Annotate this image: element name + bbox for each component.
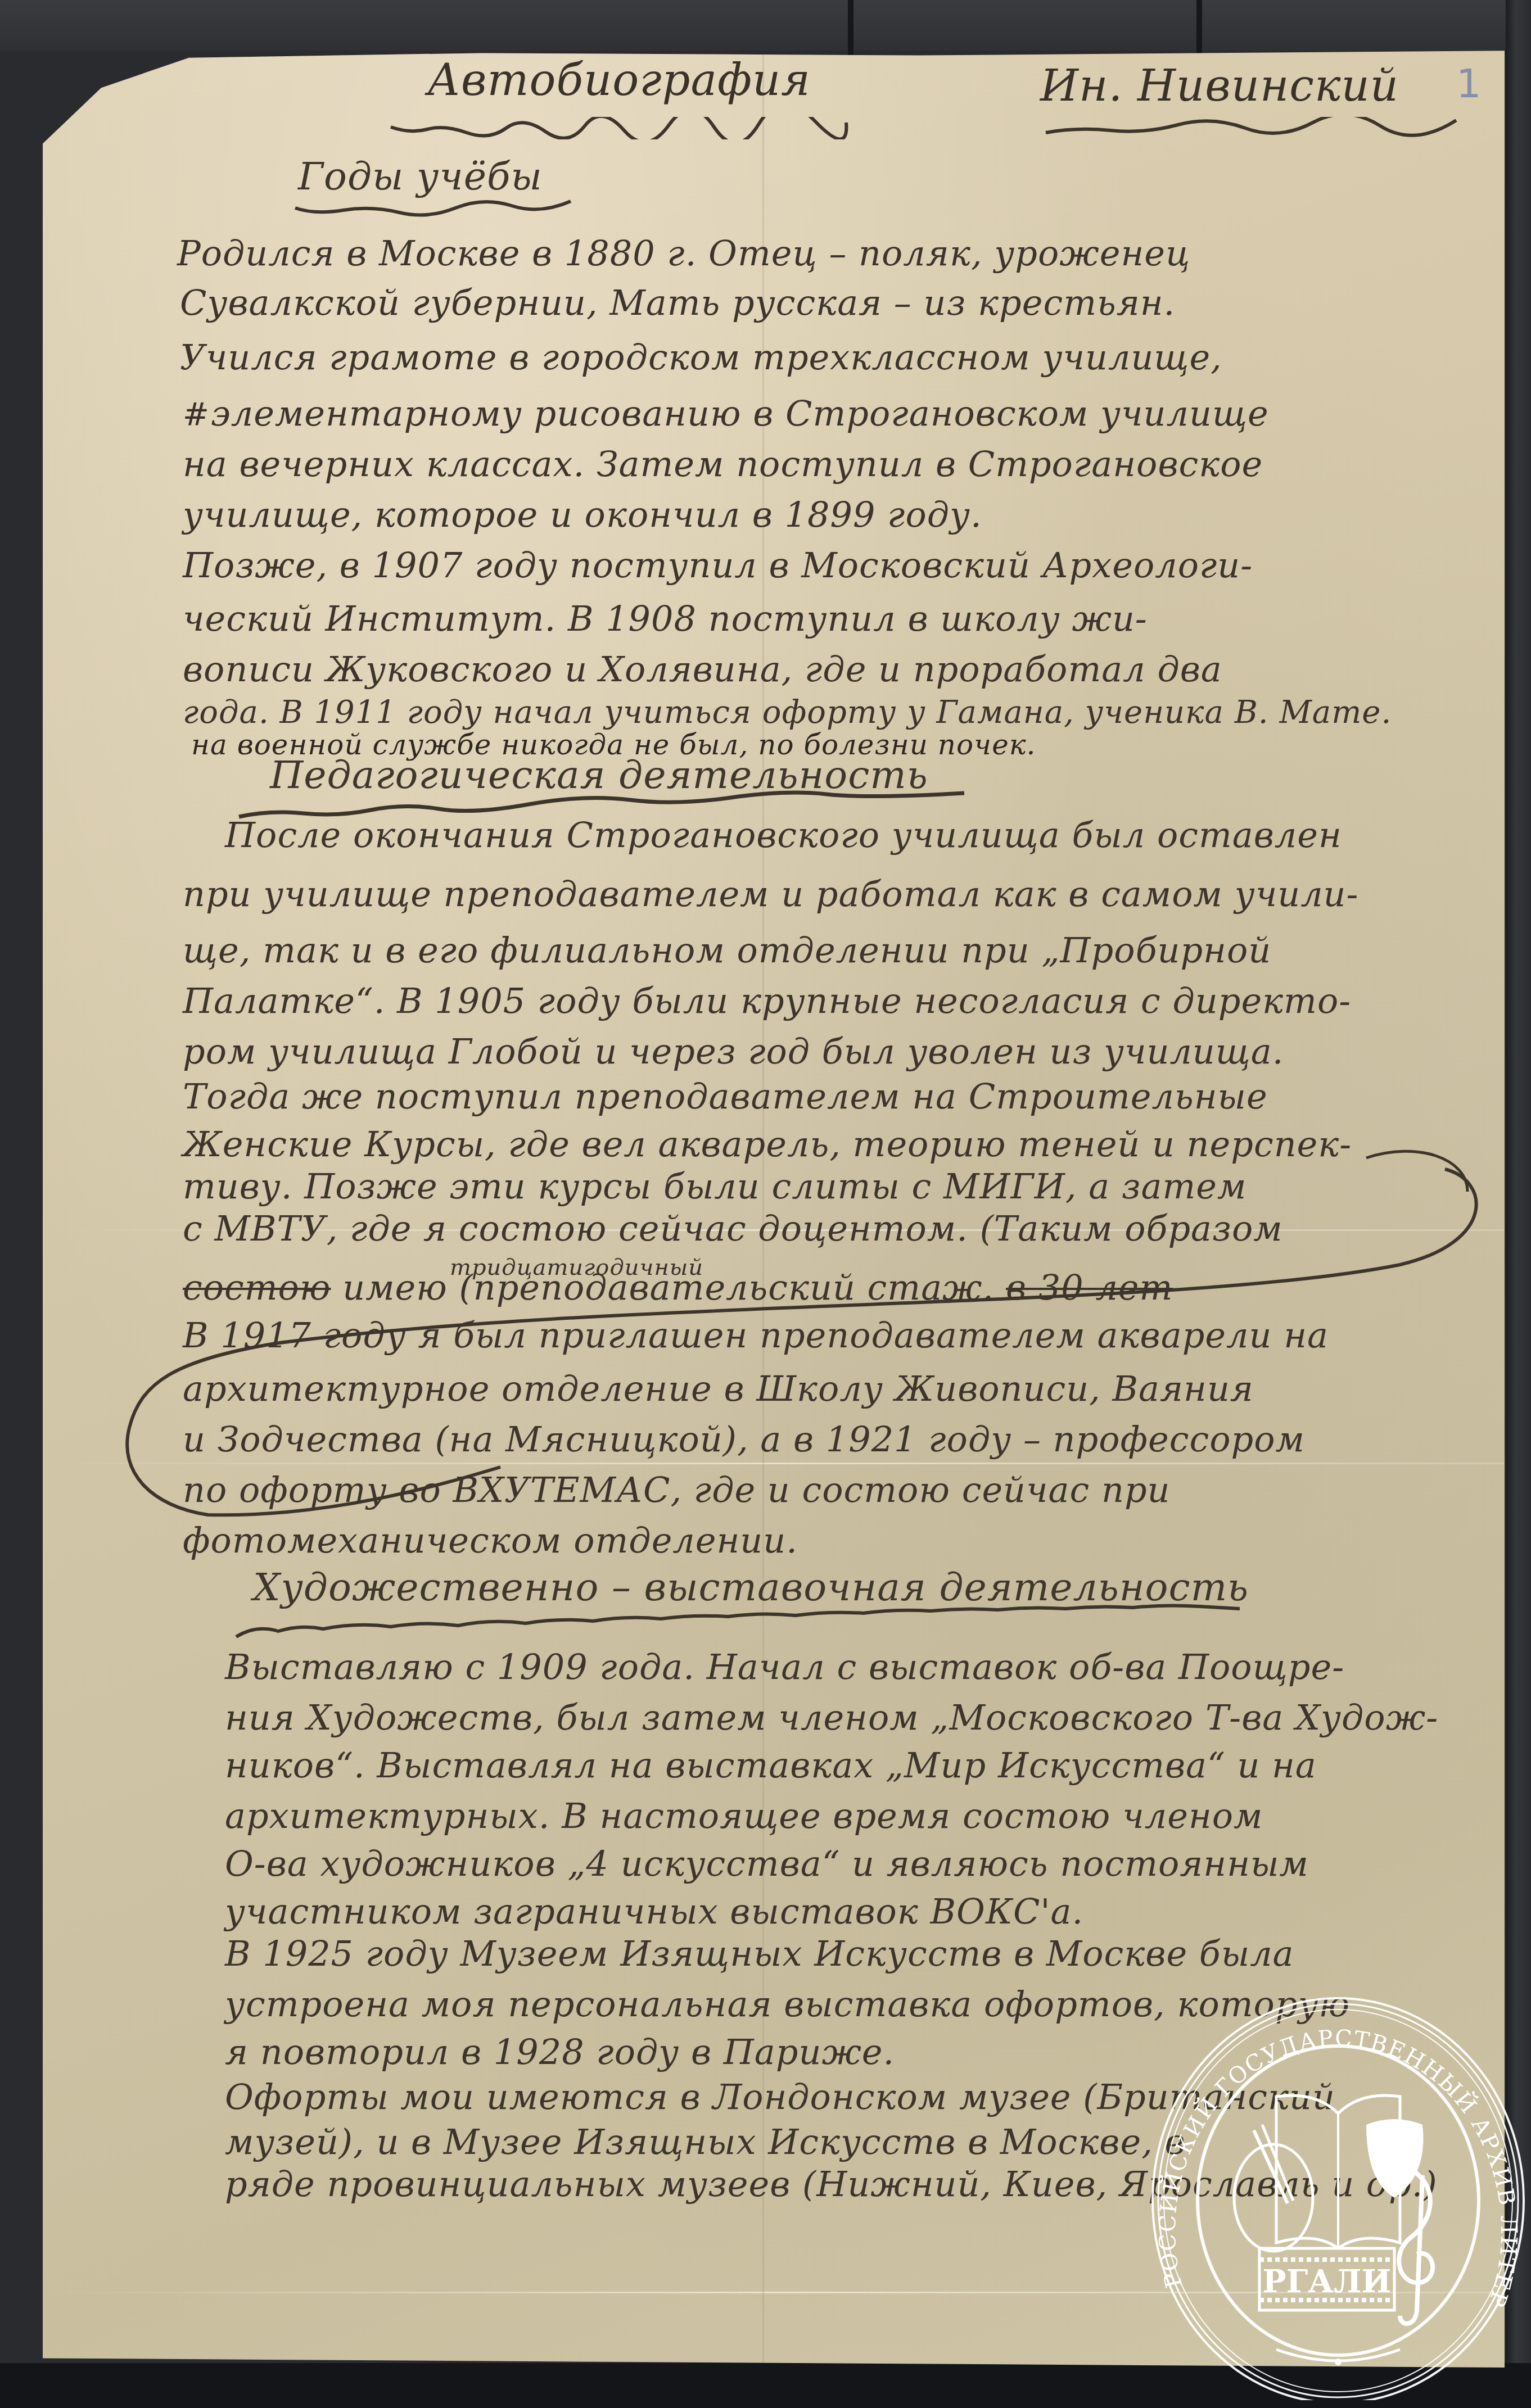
text-line: и Зодчества (на Мясницкой), а в 1921 год…	[183, 1422, 1305, 1457]
text-line: ще, так и в его филиальном отделении при…	[183, 933, 1271, 968]
text-line: при училище преподавателем и работал как…	[183, 877, 1359, 912]
text-line: на вечерних классах. Затем поступил в Ст…	[183, 447, 1263, 482]
text-line: вописи Жуковского и Холявина, где и прор…	[183, 652, 1222, 687]
document-title: Автобиография	[427, 55, 811, 106]
heading-underline	[233, 1602, 1245, 1619]
text-line: В 1925 году Музеем Изящных Искусств в Мо…	[225, 1936, 1294, 1971]
text-line: Тогда же поступил преподавателем на Стро…	[183, 1079, 1268, 1114]
text-line: Сувалкской губернии, Мать русская – из к…	[180, 286, 1175, 320]
svg-text:РГАЛИ: РГАЛИ	[1263, 2263, 1392, 2300]
struck-word: состою	[183, 1267, 331, 1308]
text-line: Родился в Москве в 1880 г. Отец – поляк,…	[177, 236, 1190, 271]
text-line: После окончания Строгановского училища б…	[225, 818, 1342, 853]
text-line: музей), и в Музее Изящных Искусств в Мос…	[225, 2125, 1186, 2160]
text-line: с МВТУ, где я состою сейчас доцентом. (Т…	[183, 1211, 1283, 1246]
text-line: ческий Институт. В 1908 поступил в школу…	[183, 601, 1148, 636]
text-line: Учился грамоте в городском трехклассном …	[180, 340, 1222, 375]
heading-underline	[236, 790, 967, 807]
scanner-backdrop-top	[0, 0, 1531, 51]
text-line: Женские Курсы, где вел акварель, теорию …	[183, 1127, 1352, 1162]
text-line: В 1917 году я был приглашен преподавател…	[183, 1318, 1329, 1353]
page-number: 1	[1456, 61, 1482, 107]
text-line: тиву. Позже эти курсы были слиты с МИГИ,…	[183, 1169, 1247, 1204]
text-line: Палатке“. В 1905 году были крупные несог…	[183, 984, 1351, 1019]
text-line: по офорту во ВХУТЕМАС, где и состою сейч…	[183, 1473, 1171, 1508]
title-underline	[388, 117, 849, 134]
text-line: Позже, в 1907 году поступил в Московский…	[183, 548, 1253, 583]
text-line: архитектурное отделение в Школу Живописи…	[183, 1372, 1254, 1406]
text-line: Выставляю с 1909 года. Начал с выставок …	[225, 1650, 1344, 1685]
author-signature: Ин. Нивинский	[1040, 61, 1399, 111]
signature-underline	[1043, 117, 1459, 134]
text-line: фотомеханическом отделении.	[183, 1523, 798, 1558]
text-line: ников“. Выставлял на выставках „Мир Иску…	[225, 1748, 1317, 1783]
text-line: училище, которое и окончил в 1899 году.	[183, 497, 982, 532]
heading-underline	[292, 196, 573, 212]
text-line-edited: состою имею (преподавательский стаж. в 3…	[183, 1270, 1173, 1305]
archive-watermark-stamp: РОССИЙСКИЙ ГОСУДАРСТВЕННЫЙ АРХИВ ЛИТЕРАТ…	[1147, 1984, 1529, 2400]
text-line: участником заграничных выставок ВОКС'а.	[225, 1894, 1083, 1929]
paper-fold-line	[43, 1463, 1505, 1464]
text-line: ром училища Глобой и через год был уволе…	[183, 1034, 1284, 1069]
struck-phrase: в 30 лет	[1006, 1267, 1173, 1308]
text-line: года. В 1911 году начал учиться офорту у…	[183, 697, 1392, 728]
insertion-mark: #	[183, 396, 209, 433]
text-line: я повторил в 1928 году в Париже.	[225, 2035, 895, 2070]
stamp-emblem-icon: РОССИЙСКИЙ ГОСУДАРСТВЕННЫЙ АРХИВ ЛИТЕРАТ…	[1147, 1984, 1529, 2400]
text-line: ния Художеств, был затем членом „Московс…	[225, 1700, 1438, 1735]
section-heading-education: Годы учёбы	[298, 155, 543, 199]
text-line: О-ва художников „4 искусства“ и являюсь …	[225, 1846, 1309, 1881]
text-fragment: имею (преподавательский стаж.	[342, 1267, 994, 1308]
text-line: архитектурных. В настоящее время состою …	[225, 1799, 1263, 1834]
text-line: элементарному рисованию в Строгановском …	[211, 396, 1269, 431]
